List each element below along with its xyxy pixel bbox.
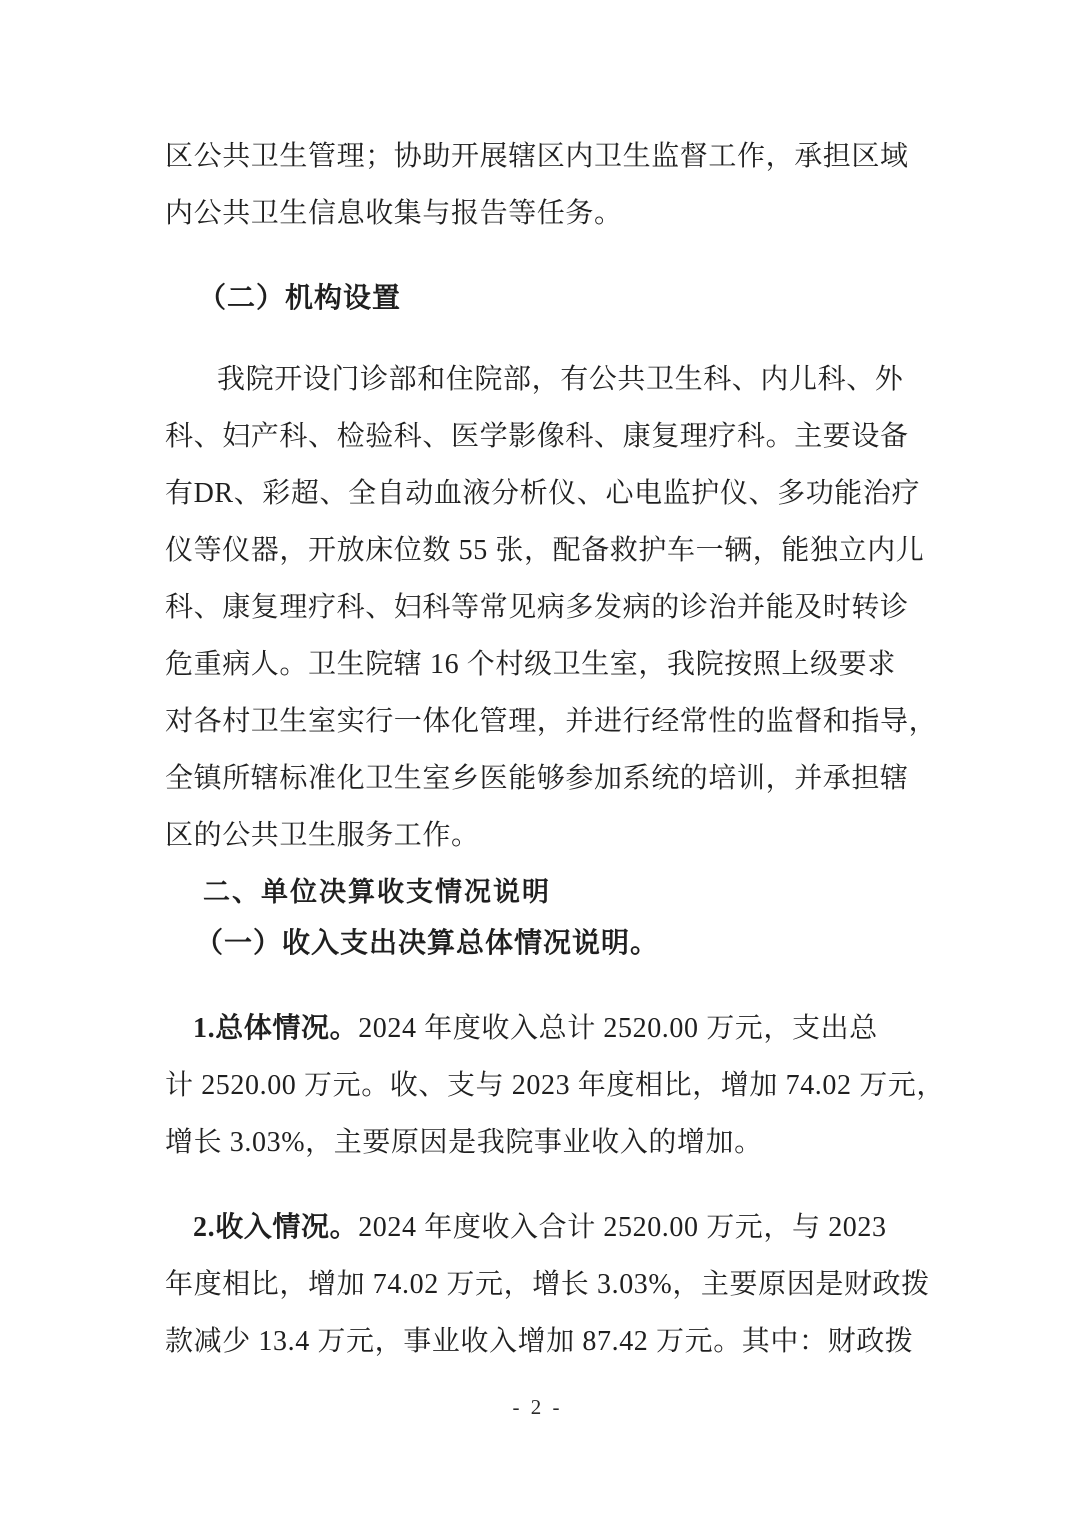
text-line: 危重病人。卫生院辖 16 个村级卫生室，我院按照上级要求 [165, 633, 925, 690]
document-page: 区公共卫生管理；协助开展辖区内卫生监督工作，承担区域内公共卫生信息收集与报告等任… [0, 0, 1075, 1520]
text-run: 对各村卫生室实行一体化管理，并进行经常性的监督和指导， [165, 699, 937, 739]
text-run: 增长 3.03%，主要原因是我院事业收入的增加。 [165, 1120, 763, 1160]
page-number: - 2 - [513, 1395, 563, 1419]
text-run: 2024 年度收入总计 2520.00 万元，支出总 [358, 1006, 878, 1046]
text-line: 内公共卫生信息收集与报告等任务。 [165, 182, 925, 239]
text-run: 科、妇产科、检验科、医学影像科、康复理疗科。主要设备 [165, 414, 909, 454]
text-run: 内公共卫生信息收集与报告等任务。 [165, 191, 623, 231]
text-line: 对各村卫生室实行一体化管理，并进行经常性的监督和指导， [165, 690, 925, 747]
text-run: （二）机构设置 [198, 276, 401, 316]
bold-text-run: 2.收入情况。 [193, 1205, 358, 1245]
text-line: 科、康复理疗科、妇科等常见病多发病的诊治并能及时转诊 [165, 576, 925, 633]
text-line: 科、妇产科、检验科、医学影像科、康复理疗科。主要设备 [165, 405, 925, 462]
text-run: 区的公共卫生服务工作。 [165, 813, 480, 853]
text-run: 全镇所辖标准化卫生室乡医能够参加系统的培训，并承担辖 [165, 756, 909, 796]
text-line: 年度相比，增加 74.02 万元，增长 3.03%，主要原因是财政拨 [165, 1253, 925, 1310]
text-line: 有DR、彩超、全自动血液分析仪、心电监护仪、多功能治疗 [165, 462, 925, 519]
text-run: 仪等仪器，开放床位数 55 张，配备救护车一辆，能独立内儿 [165, 528, 924, 568]
text-run: 2024 年度收入合计 2520.00 万元，与 2023 [358, 1205, 886, 1245]
text-run: 危重病人。卫生院辖 16 个村级卫生室，我院按照上级要求 [165, 642, 896, 682]
bold-text-run: 1.总体情况。 [193, 1006, 358, 1046]
text-run: 我院开设门诊部和住院部，有公共卫生科、内儿科、外 [217, 357, 903, 397]
text-line: 款减少 13.4 万元，事业收入增加 87.42 万元。其中：财政拨 [165, 1310, 925, 1367]
heading-line: （二）机构设置 [165, 267, 925, 324]
text-line: 区的公共卫生服务工作。 [165, 804, 925, 861]
document-content: 区公共卫生管理；协助开展辖区内卫生监督工作，承担区域内公共卫生信息收集与报告等任… [165, 125, 925, 1367]
text-run: 款减少 13.4 万元，事业收入增加 87.42 万元。其中：财政拨 [165, 1319, 913, 1359]
text-line: 增长 3.03%，主要原因是我院事业收入的增加。 [165, 1111, 925, 1168]
text-line: 1.总体情况。2024 年度收入总计 2520.00 万元，支出总 [165, 997, 925, 1054]
heading-line: （一）收入支出决算总体情况说明。 [165, 912, 925, 969]
text-run: 二、单位决算收支情况说明 [203, 870, 551, 909]
text-line: 计 2520.00 万元。收、支与 2023 年度相比，增加 74.02 万元， [165, 1054, 925, 1111]
text-run: 区公共卫生管理；协助开展辖区内卫生监督工作，承担区域 [165, 134, 909, 174]
text-line: 仪等仪器，开放床位数 55 张，配备救护车一辆，能独立内儿 [165, 519, 925, 576]
text-run: （一）收入支出决算总体情况说明。 [195, 921, 659, 961]
text-line: 区公共卫生管理；协助开展辖区内卫生监督工作，承担区域 [165, 125, 925, 182]
text-line: 我院开设门诊部和住院部，有公共卫生科、内儿科、外 [165, 348, 925, 405]
text-line: 全镇所辖标准化卫生室乡医能够参加系统的培训，并承担辖 [165, 747, 925, 804]
text-line: 2.收入情况。2024 年度收入合计 2520.00 万元，与 2023 [165, 1196, 925, 1253]
page-footer: - 2 - [0, 1395, 1075, 1420]
heading-line: 二、单位决算收支情况说明 [165, 861, 925, 918]
text-run: 有DR、彩超、全自动血液分析仪、心电监护仪、多功能治疗 [165, 471, 920, 511]
text-run: 年度相比，增加 74.02 万元，增长 3.03%，主要原因是财政拨 [165, 1262, 930, 1302]
text-run: 计 2520.00 万元。收、支与 2023 年度相比，增加 74.02 万元， [165, 1063, 945, 1103]
text-run: 科、康复理疗科、妇科等常见病多发病的诊治并能及时转诊 [165, 585, 909, 625]
